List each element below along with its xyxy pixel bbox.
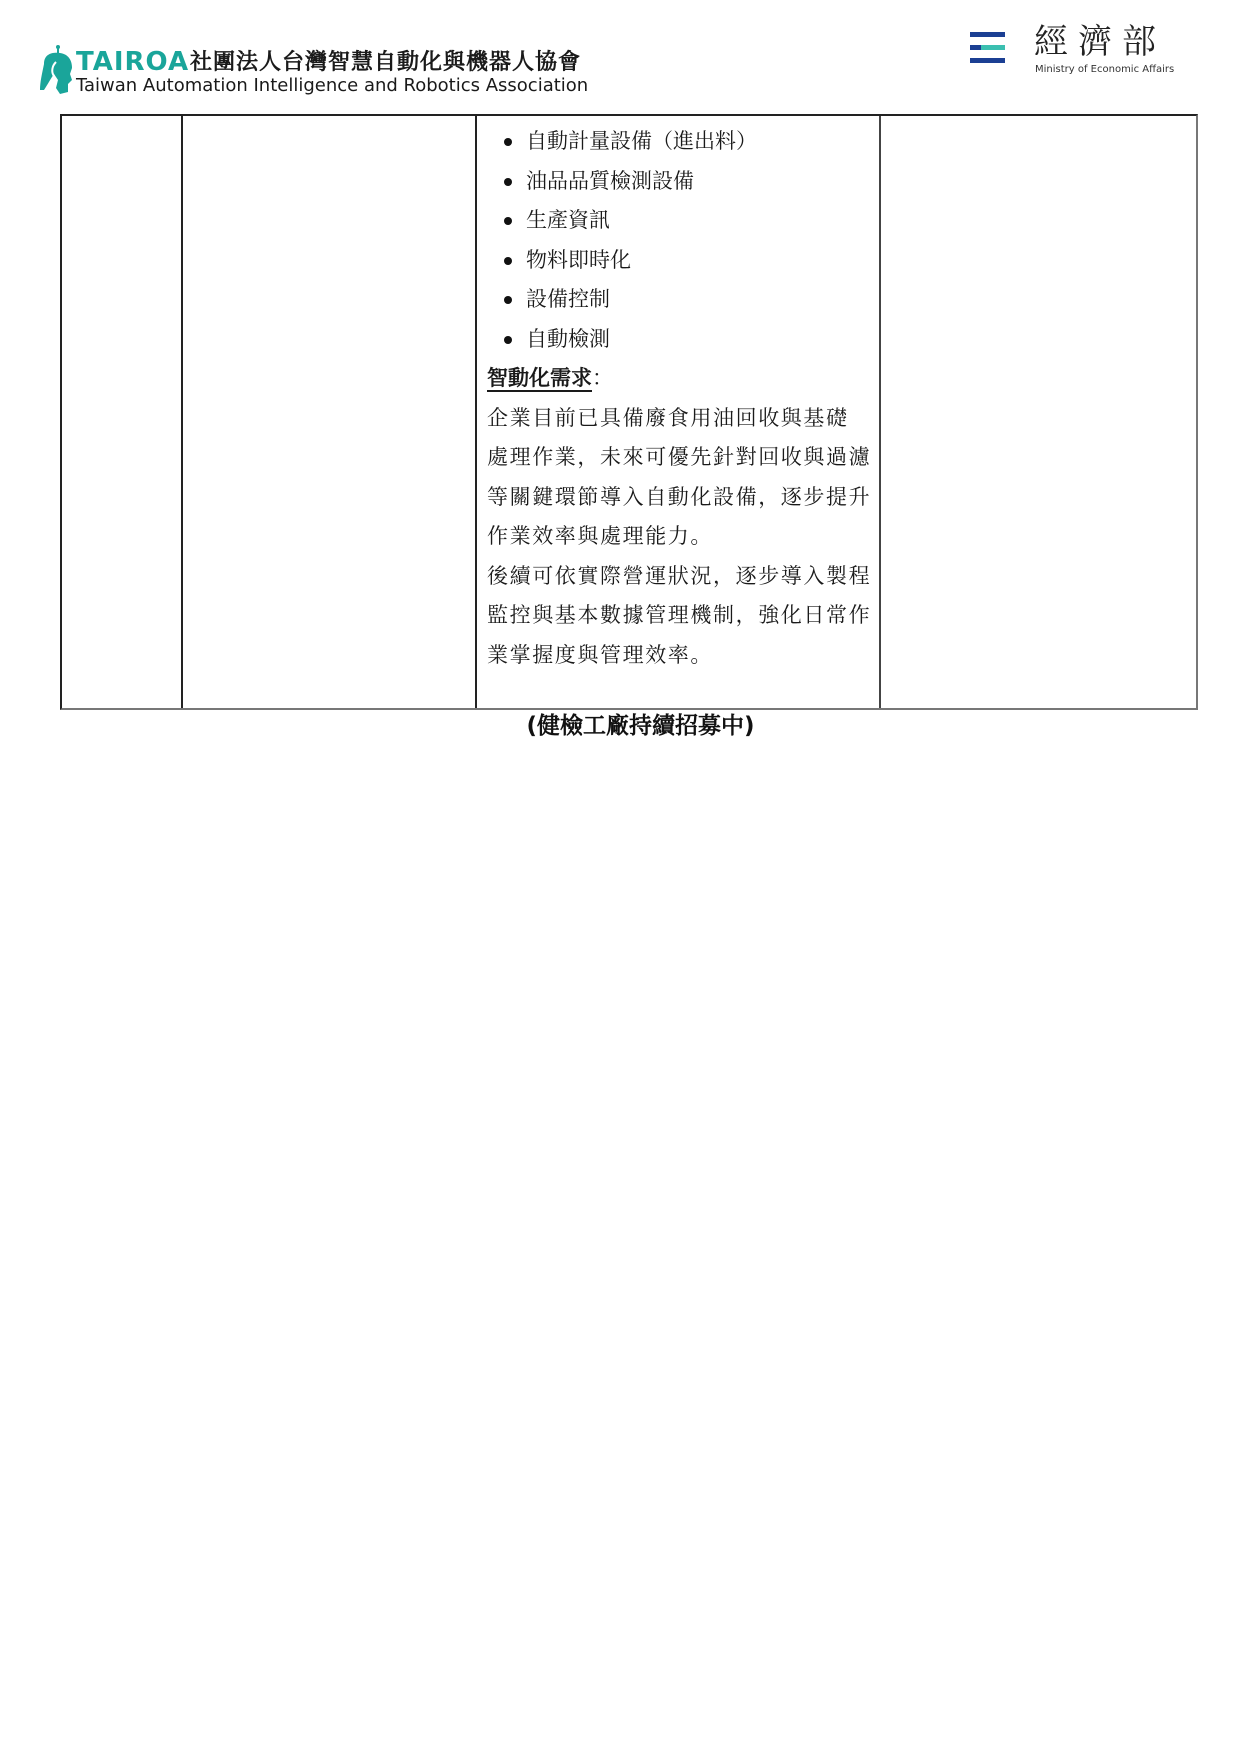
paragraph-line: 監控與基本數據管理機制，強化日常作	[487, 596, 877, 636]
moea-emblem-icon	[970, 32, 1006, 66]
table-cell-automation-needs: 自動計量設備（進出料） 油品品質檢測設備 生產資訊 物料即時化 設備控制 自動檢…	[487, 122, 877, 675]
equipment-list: 自動計量設備（進出料） 油品品質檢測設備 生產資訊 物料即時化 設備控制 自動檢…	[487, 122, 877, 359]
ministry-name-en: Ministry of Economic Affairs	[1035, 64, 1174, 75]
list-item: 自動檢測	[487, 320, 877, 360]
paragraph-2: 後續可依實際營運狀況，逐步導入製程 監控與基本數據管理機制，強化日常作 業掌握度…	[487, 557, 877, 676]
heading-colon: ：	[592, 366, 613, 390]
section-heading-text: 智動化需求	[487, 366, 592, 390]
paragraph-1: 企業目前已具備廢食用油回收與基礎 處理作業，未來可優先針對回收與過濾 等關鍵環節…	[487, 399, 877, 557]
association-name-cn: 社團法人台灣智慧自動化與機器人協會	[190, 50, 581, 76]
paragraph-line: 業掌握度與管理效率。	[487, 636, 877, 676]
tairoa-head-icon	[38, 44, 74, 96]
section-heading: 智動化需求：	[487, 359, 877, 399]
paragraph-line: 處理作業，未來可優先針對回收與過濾	[487, 438, 877, 478]
paragraph-line: 後續可依實際營運狀況，逐步導入製程	[487, 557, 877, 597]
list-item: 油品品質檢測設備	[487, 162, 877, 202]
moea-logo: 經濟部 Ministry of Economic Affairs	[966, 22, 1176, 82]
recruitment-note: (健檢工廠持續招募中)	[0, 708, 1241, 744]
column-divider-3	[879, 116, 881, 708]
tairoa-wordmark: TAIROA	[76, 48, 189, 76]
paragraph-line: 等關鍵環節導入自動化設備，逐步提升	[487, 478, 877, 518]
list-item: 設備控制	[487, 280, 877, 320]
ministry-name-cn: 經濟部	[1034, 22, 1166, 62]
column-divider-2	[475, 116, 477, 708]
paragraph-line: 企業目前已具備廢食用油回收與基礎	[487, 399, 877, 439]
list-item: 自動計量設備（進出料）	[487, 122, 877, 162]
list-item: 物料即時化	[487, 241, 877, 281]
column-divider-1	[181, 116, 183, 708]
list-item: 生產資訊	[487, 201, 877, 241]
association-name-en: Taiwan Automation Intelligence and Robot…	[76, 76, 588, 96]
tairoa-logo: TAIROA 社團法人台灣智慧自動化與機器人協會 Taiwan Automati…	[38, 42, 598, 100]
paragraph-line: 作業效率與處理能力。	[487, 517, 877, 557]
